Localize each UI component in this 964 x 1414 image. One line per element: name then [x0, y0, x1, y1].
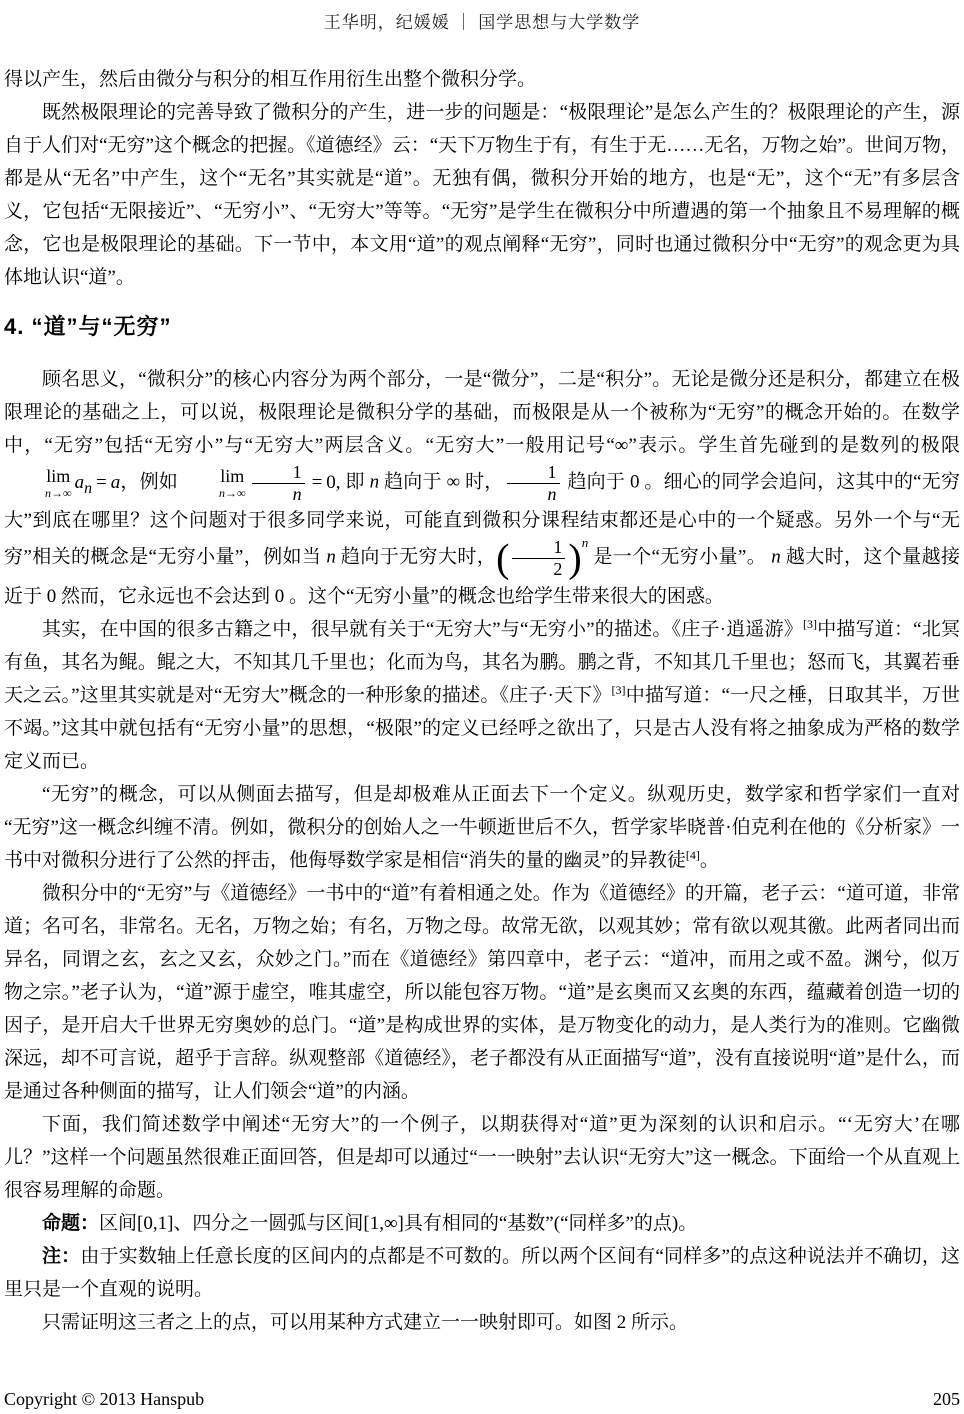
footer-copyright: Copyright © 2013 Hanspub — [4, 1389, 204, 1410]
lim-op: lim — [8, 467, 70, 485]
paragraph-text: ，例如 — [120, 472, 178, 493]
paragraph-example-intro: 下面，我们简述数学中阐述“无穷大”的一个例子，以期获得对“道”更为深刻的认识和启… — [4, 1108, 960, 1207]
math-equals: = — [96, 472, 107, 493]
math-rhs: 0, — [326, 472, 340, 493]
paragraph-berkeley: “无穷”的概念，可以从侧面去描写，但是却极难从正面去下一个定义。纵观历史，数学家… — [4, 778, 960, 877]
paragraph-proposition: 命题：区间[0,1]、四分之一圆弧与区间[1,∞]具有相同的“基数”(“同样多”… — [4, 1207, 960, 1240]
paragraph-text: “无穷”的概念，可以从侧面去描写，但是却极难从正面去下一个定义。纵观历史，数学家… — [4, 784, 960, 871]
section-heading-text: 4. “道”与“无穷” — [4, 314, 171, 339]
paragraph-text: 顾名思义，“微积分”的核心内容分为两个部分，一是“微分”，二是“积分”。无论是微… — [4, 369, 960, 456]
left-paren: ( — [496, 536, 509, 581]
running-head-text: 王华明，纪媛媛 ｜ 国学思想与大学数学 — [324, 13, 641, 32]
citation-ref-4: [4] — [686, 848, 700, 862]
formula-half-power-n: (12)n — [496, 547, 588, 568]
fraction-denominator: n — [252, 483, 305, 505]
paragraph-text: 既然极限理论的完善导致了微积分的产生，进一步的问题是：“极限理论”是怎么产生的？… — [4, 102, 960, 288]
note-text: 由于实数轴上任意长度的区间内的点都是不可数的。所以两个区间有“同样多”的点这种说… — [4, 1246, 960, 1300]
paragraph-limit-theory-origin: 既然极限理论的完善导致了微积分的产生，进一步的问题是：“极限理论”是怎么产生的？… — [4, 96, 960, 294]
paragraph-text: 只需证明这三者之上的点，可以用某种方式建立一一映射即可。如图 2 所示。 — [42, 1312, 688, 1333]
paragraph-text: 微积分中的“无穷”与《道德经》一书中的“道”有着相通之处。作为《道德经》的开篇，… — [4, 883, 960, 1102]
page-footer: Copyright © 2013 Hanspub 205 — [4, 1389, 960, 1410]
formula-limit-an: limn→∞an=a — [4, 472, 120, 493]
paragraph-zhuangzi: 其实，在中国的很多古籍之中，很早就有关于“无穷大”与“无穷小”的描述。《庄子·逍… — [4, 613, 960, 778]
paragraph-proof-hint: 只需证明这三者之上的点，可以用某种方式建立一一映射即可。如图 2 所示。 — [4, 1306, 960, 1339]
section-heading: 4. “道”与“无穷” — [4, 310, 960, 343]
math-variable: a — [75, 472, 85, 493]
note-label: 注： — [42, 1246, 80, 1267]
fraction-1-over-2: 12 — [512, 537, 565, 579]
paragraph-daodejing: 微积分中的“无穷”与《道德经》一书中的“道”有着相通之处。作为《道德经》的开篇，… — [4, 877, 960, 1108]
math-subscript: n — [84, 479, 92, 496]
lim-subscript: n→∞ — [181, 487, 246, 499]
lim-subscript: n→∞ — [7, 487, 72, 499]
fraction-numerator: 1 — [507, 462, 560, 483]
formula-limit-1-over-n: limn→∞1n=0, — [178, 472, 341, 493]
paragraph-calculus-infinity: 顾名思义，“微积分”的核心内容分为两个部分，一是“微分”，二是“积分”。无论是微… — [4, 363, 960, 613]
page-header: 王华明，纪媛媛 ｜ 国学思想与大学数学 — [4, 8, 960, 33]
paragraph-text: 。 — [700, 850, 719, 871]
fraction-numerator: 1 — [512, 537, 565, 558]
math-variable-n: n — [370, 472, 380, 493]
paragraph-text: 得以产生，然后由微分与积分的相互作用衍生出整个微积分学。 — [4, 69, 536, 90]
right-paren: ) — [568, 536, 581, 581]
proposition-label: 命题： — [42, 1213, 99, 1234]
math-rhs: a — [111, 472, 121, 493]
exponent: n — [582, 535, 589, 550]
lim-op: lim — [182, 467, 244, 485]
math-variable-n: n — [326, 547, 336, 568]
limit-operator: limn→∞ — [181, 467, 246, 499]
citation-ref-3: [3] — [612, 683, 626, 697]
paragraph-text: 即 — [341, 472, 370, 493]
fraction: 1n — [252, 462, 305, 504]
math-variable-n: n — [771, 547, 781, 568]
citation-ref-3: [3] — [803, 617, 817, 631]
fraction-denominator: n — [507, 483, 560, 505]
paragraph-text: 趋向于无穷大时， — [336, 547, 496, 568]
page-number: 205 — [933, 1389, 960, 1410]
paragraph-text: 趋向于 ∞ 时， — [379, 472, 503, 493]
paragraph-text: 其实，在中国的很多古籍之中，很早就有关于“无穷大”与“无穷小”的描述。《庄子·逍… — [42, 619, 803, 640]
paragraph-note: 注：由于实数轴上任意长度的区间内的点都是不可数的。所以两个区间有“同样多”的点这… — [4, 1240, 960, 1306]
math-equals: = — [312, 472, 323, 493]
fraction-numerator: 1 — [252, 462, 305, 483]
fraction-denominator: 2 — [512, 558, 565, 580]
limit-operator: limn→∞ — [7, 467, 72, 499]
page-body: 得以产生，然后由微分与积分的相互作用衍生出整个微积分学。 既然极限理论的完善导致… — [4, 63, 960, 1339]
fraction-1-over-n: 1n — [507, 462, 560, 504]
paragraph-text: 是一个“无穷小量”。 — [588, 547, 771, 568]
paragraph-continuation: 得以产生，然后由微分与积分的相互作用衍生出整个微积分学。 — [4, 63, 960, 96]
document-page: 王华明，纪媛媛 ｜ 国学思想与大学数学 得以产生，然后由微分与积分的相互作用衍生… — [0, 0, 964, 1414]
proposition-text: 区间[0,1]、四分之一圆弧与区间[1,∞]具有相同的“基数”(“同样多”的点)… — [99, 1213, 697, 1234]
paragraph-text: 下面，我们简述数学中阐述“无穷大”的一个例子，以期获得对“道”更为深刻的认识和启… — [4, 1114, 960, 1201]
